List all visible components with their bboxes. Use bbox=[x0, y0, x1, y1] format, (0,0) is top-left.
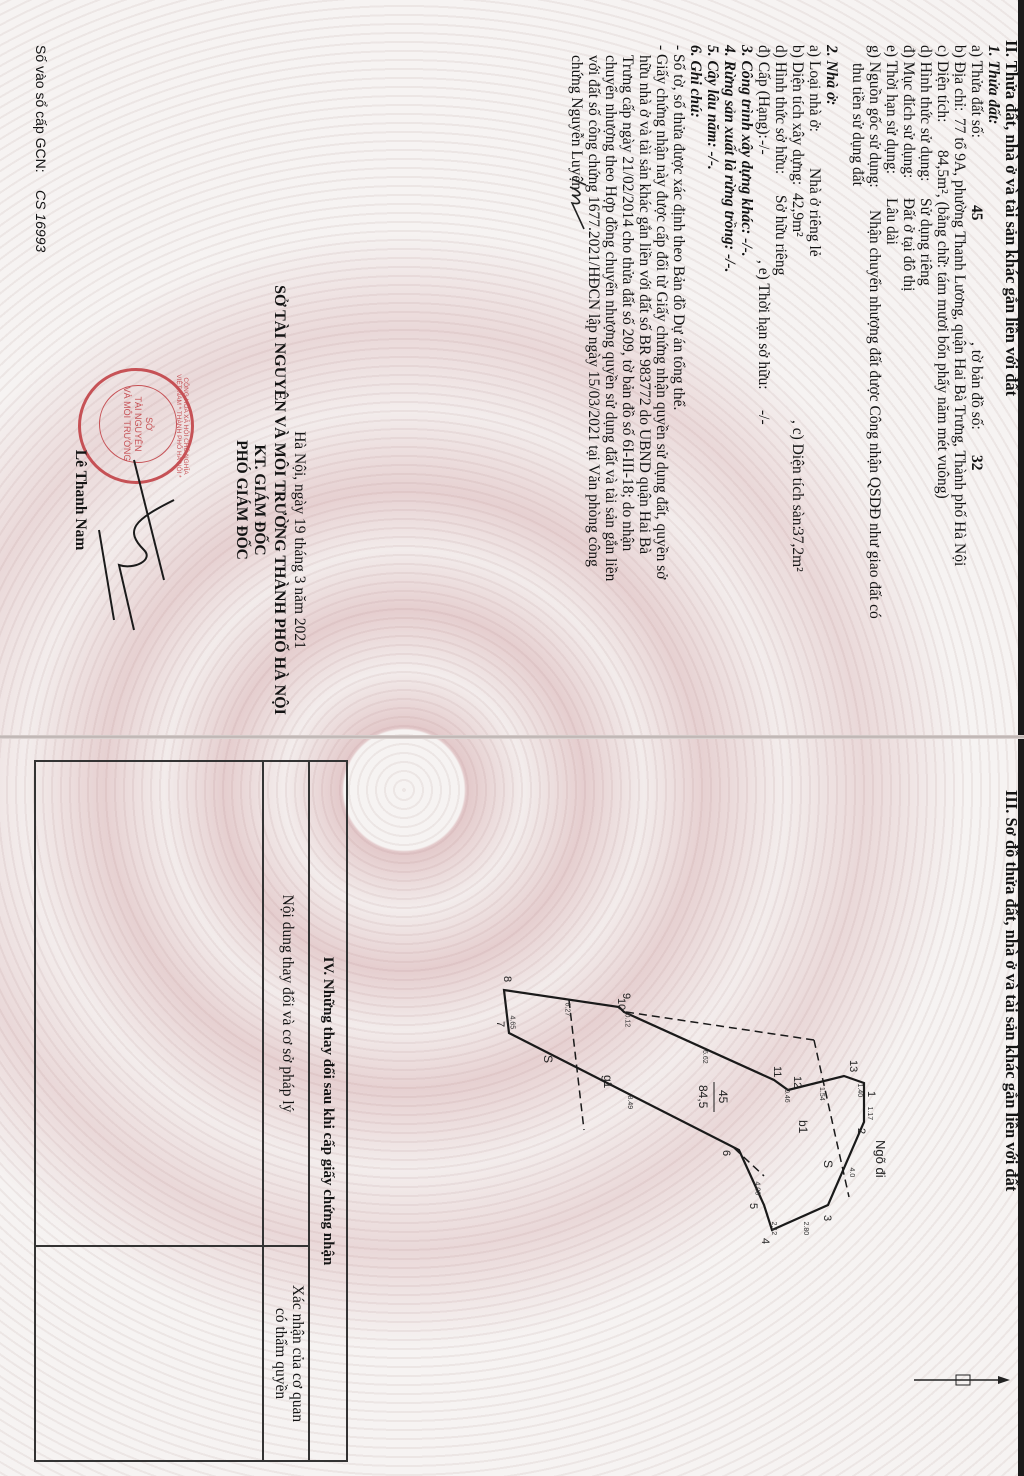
svg-text:0.12: 0.12 bbox=[624, 1014, 631, 1028]
svg-text:6.62: 6.62 bbox=[701, 1050, 708, 1064]
svg-text:g1: g1 bbox=[601, 1075, 615, 1089]
svg-text:7: 7 bbox=[494, 1021, 506, 1027]
col-content-label: Nội dung thay đổi và cơ sở pháp lý bbox=[279, 762, 296, 1245]
section-4-title: IV. Những thay đổi sau khi cấp giấy chứn… bbox=[319, 762, 336, 1460]
svg-text:4.65: 4.65 bbox=[509, 1016, 516, 1030]
svg-text:8: 8 bbox=[501, 976, 513, 982]
changes-table: IV. Những thay đổi sau khi cấp giấy chứn… bbox=[34, 760, 348, 1462]
svg-text:4.08: 4.08 bbox=[754, 1182, 761, 1196]
svg-text:0.46: 0.46 bbox=[783, 1089, 790, 1103]
svg-text:4.0: 4.0 bbox=[848, 1168, 855, 1178]
svg-text:13: 13 bbox=[847, 1060, 859, 1072]
col-header-confirm: Xác nhận của cơ quan có thẩm quyền bbox=[262, 1247, 310, 1460]
svg-text:S: S bbox=[541, 1055, 555, 1063]
svg-text:12: 12 bbox=[791, 1076, 803, 1088]
svg-text:11: 11 bbox=[771, 1066, 783, 1077]
svg-text:45: 45 bbox=[716, 1090, 730, 1104]
svg-text:Ngõ đi: Ngõ đi bbox=[873, 1140, 888, 1178]
svg-text:2: 2 bbox=[855, 1128, 867, 1134]
svg-text:6.27: 6.27 bbox=[564, 1003, 571, 1017]
col-header-content: Nội dung thay đổi và cơ sở pháp lý bbox=[262, 762, 310, 1245]
svg-text:8.49: 8.49 bbox=[626, 1096, 633, 1110]
svg-text:S: S bbox=[821, 1160, 835, 1168]
north-arrow-icon bbox=[904, 1350, 1014, 1410]
svg-text:5: 5 bbox=[747, 1203, 759, 1209]
svg-text:1: 1 bbox=[865, 1091, 877, 1097]
col-confirm-label-2: có thẩm quyền bbox=[272, 1247, 289, 1460]
col-confirm-label-1: Xác nhận của cơ quan bbox=[289, 1247, 306, 1460]
svg-text:2.80: 2.80 bbox=[802, 1222, 809, 1236]
certificate-sheet: II. Thửa đất, nhà ở và tài sản khác gắn … bbox=[0, 0, 1024, 1476]
svg-text:2.12: 2.12 bbox=[770, 1222, 777, 1236]
svg-text:4: 4 bbox=[759, 1238, 771, 1244]
svg-text:b1: b1 bbox=[796, 1120, 810, 1134]
svg-text:84,5: 84,5 bbox=[696, 1085, 710, 1109]
svg-text:3: 3 bbox=[821, 1215, 833, 1221]
svg-text:6: 6 bbox=[720, 1150, 732, 1156]
column-divider bbox=[36, 1245, 310, 1247]
changes-table-header: IV. Những thay đổi sau khi cấp giấy chứn… bbox=[308, 762, 346, 1460]
svg-text:1.54: 1.54 bbox=[818, 1087, 825, 1101]
svg-text:10: 10 bbox=[615, 998, 627, 1010]
svg-text:1.17: 1.17 bbox=[866, 1107, 873, 1121]
svg-text:1.40: 1.40 bbox=[856, 1084, 863, 1098]
